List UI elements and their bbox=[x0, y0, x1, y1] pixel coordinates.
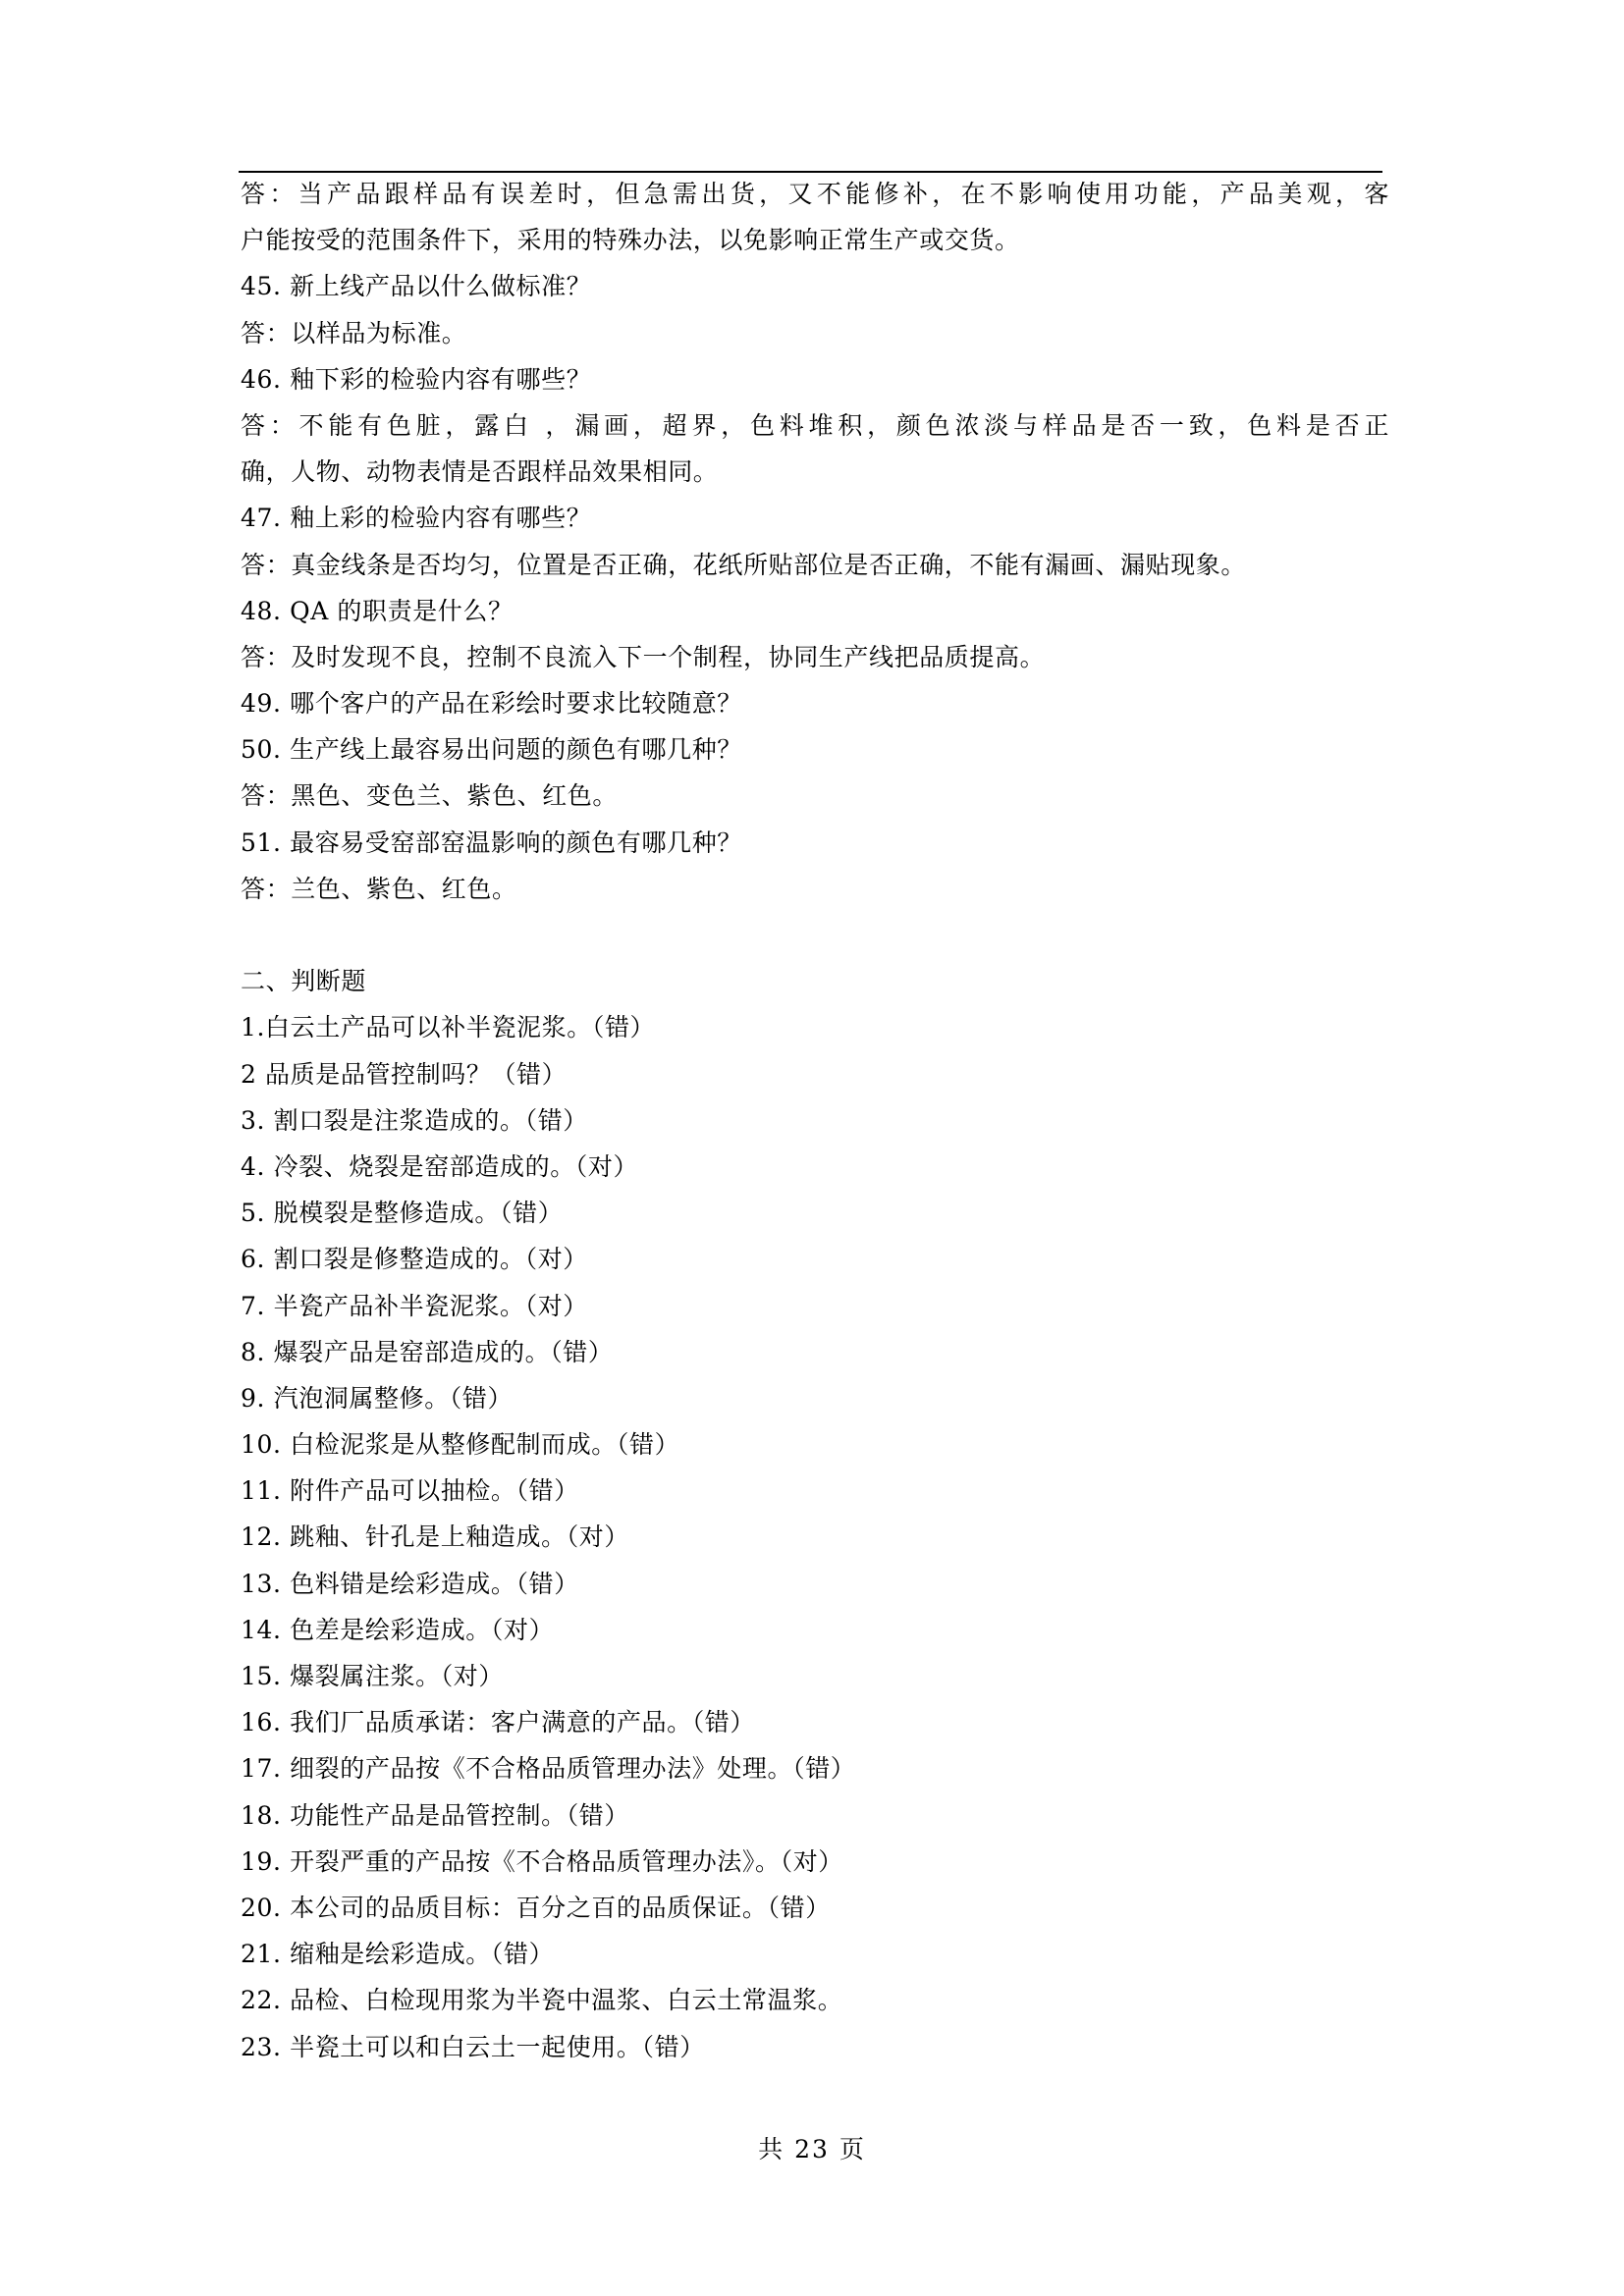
true-false-item: 14. 色差是绘彩造成。（对） bbox=[241, 1607, 1389, 1653]
true-false-item: 20. 本公司的品质目标：百分之百的品质保证。（错） bbox=[241, 1885, 1389, 1931]
true-false-item: 23. 半瓷土可以和白云土一起使用。（错） bbox=[241, 2024, 1389, 2070]
qa-question: 47. 釉上彩的检验内容有哪些？ bbox=[241, 495, 1389, 541]
qa-line: 答：当产品跟样品有误差时，但急需出货，又不能修补，在不影响使用功能，产品美观，客 bbox=[241, 171, 1389, 217]
page-count-label: 共 23 页 bbox=[758, 2135, 866, 2163]
true-false-item: 1.白云土产品可以补半瓷泥浆。（错） bbox=[241, 1004, 1389, 1050]
qa-answer: 答：兰色、紫色、红色。 bbox=[241, 866, 1389, 912]
qa-answer: 答：以样品为标准。 bbox=[241, 310, 1389, 356]
qa-answer: 答：真金线条是否均匀，位置是否正确，花纸所贴部位是否正确，不能有漏画、漏贴现象。 bbox=[241, 542, 1389, 588]
true-false-item: 22. 品检、白检现用浆为半瓷中温浆、白云土常温浆。 bbox=[241, 1977, 1389, 2023]
true-false-item: 4. 冷裂、烧裂是窑部造成的。（对） bbox=[241, 1144, 1389, 1190]
qa-answer: 确，人物、动物表情是否跟样品效果相同。 bbox=[241, 449, 1389, 495]
true-false-item: 16. 我们厂品质承诺：客户满意的产品。（错） bbox=[241, 1699, 1389, 1745]
true-false-item: 9. 汽泡洞属整修。（错） bbox=[241, 1375, 1389, 1421]
document-body: 答：当产品跟样品有误差时，但急需出货，又不能修补，在不影响使用功能，产品美观，客… bbox=[241, 171, 1389, 2070]
true-false-item: 17. 细裂的产品按《不合格品质管理办法》处理。（错） bbox=[241, 1745, 1389, 1791]
true-false-item: 11. 附件产品可以抽检。（错） bbox=[241, 1468, 1389, 1514]
true-false-item: 19. 开裂严重的产品按《不合格品质管理办法》。（对） bbox=[241, 1839, 1389, 1885]
true-false-item: 21. 缩釉是绘彩造成。（错） bbox=[241, 1931, 1389, 1977]
true-false-section: 二、判断题 1.白云土产品可以补半瓷泥浆。（错） 2 品质是品管控制吗？（错） … bbox=[241, 958, 1389, 2070]
qa-answer: 答：黑色、变色兰、紫色、红色。 bbox=[241, 773, 1389, 819]
qa-question: 45. 新上线产品以什么做标准？ bbox=[241, 263, 1389, 309]
true-false-item: 5. 脱模裂是整修造成。（错） bbox=[241, 1190, 1389, 1236]
true-false-item: 15. 爆裂属注浆。（对） bbox=[241, 1653, 1389, 1699]
qa-question: 48. QA 的职责是什么？ bbox=[241, 588, 1389, 634]
qa-line: 户能按受的范围条件下，采用的特殊办法，以免影响正常生产或交货。 bbox=[241, 217, 1389, 263]
true-false-item: 12. 跳釉、针孔是上釉造成。（对） bbox=[241, 1514, 1389, 1560]
true-false-item: 3. 割口裂是注浆造成的。（错） bbox=[241, 1097, 1389, 1144]
section-title: 二、判断题 bbox=[241, 958, 1389, 1004]
qa-answer: 答：及时发现不良，控制不良流入下一个制程，协同生产线把品质提高。 bbox=[241, 634, 1389, 680]
true-false-item: 13. 色料错是绘彩造成。（错） bbox=[241, 1561, 1389, 1607]
true-false-item: 2 品质是品管控制吗？（错） bbox=[241, 1051, 1389, 1097]
true-false-item: 10. 白检泥浆是从整修配制而成。（错） bbox=[241, 1421, 1389, 1468]
document-page: 答：当产品跟样品有误差时，但急需出货，又不能修补，在不影响使用功能，产品美观，客… bbox=[0, 0, 1624, 2296]
true-false-item: 7. 半瓷产品补半瓷泥浆。（对） bbox=[241, 1283, 1389, 1329]
qa-question: 51. 最容易受窑部窑温影响的颜色有哪几种？ bbox=[241, 820, 1389, 866]
qa-section: 答：当产品跟样品有误差时，但急需出货，又不能修补，在不影响使用功能，产品美观，客… bbox=[241, 171, 1389, 912]
page-footer: 共 23 页 bbox=[0, 2130, 1624, 2165]
qa-question: 46. 釉下彩的检验内容有哪些？ bbox=[241, 356, 1389, 402]
qa-question: 49. 哪个客户的产品在彩绘时要求比较随意？ bbox=[241, 680, 1389, 726]
blank-line-spacer bbox=[241, 912, 1389, 958]
true-false-item: 8. 爆裂产品是窑部造成的。（错） bbox=[241, 1329, 1389, 1375]
true-false-item: 6. 割口裂是修整造成的。（对） bbox=[241, 1236, 1389, 1282]
true-false-item: 18. 功能性产品是品管控制。（错） bbox=[241, 1792, 1389, 1839]
qa-question: 50. 生产线上最容易出问题的颜色有哪几种？ bbox=[241, 726, 1389, 773]
qa-answer: 答：不能有色脏，露白 ，漏画，超界，色料堆积，颜色浓淡与样品是否一致，色料是否正 bbox=[241, 402, 1389, 449]
